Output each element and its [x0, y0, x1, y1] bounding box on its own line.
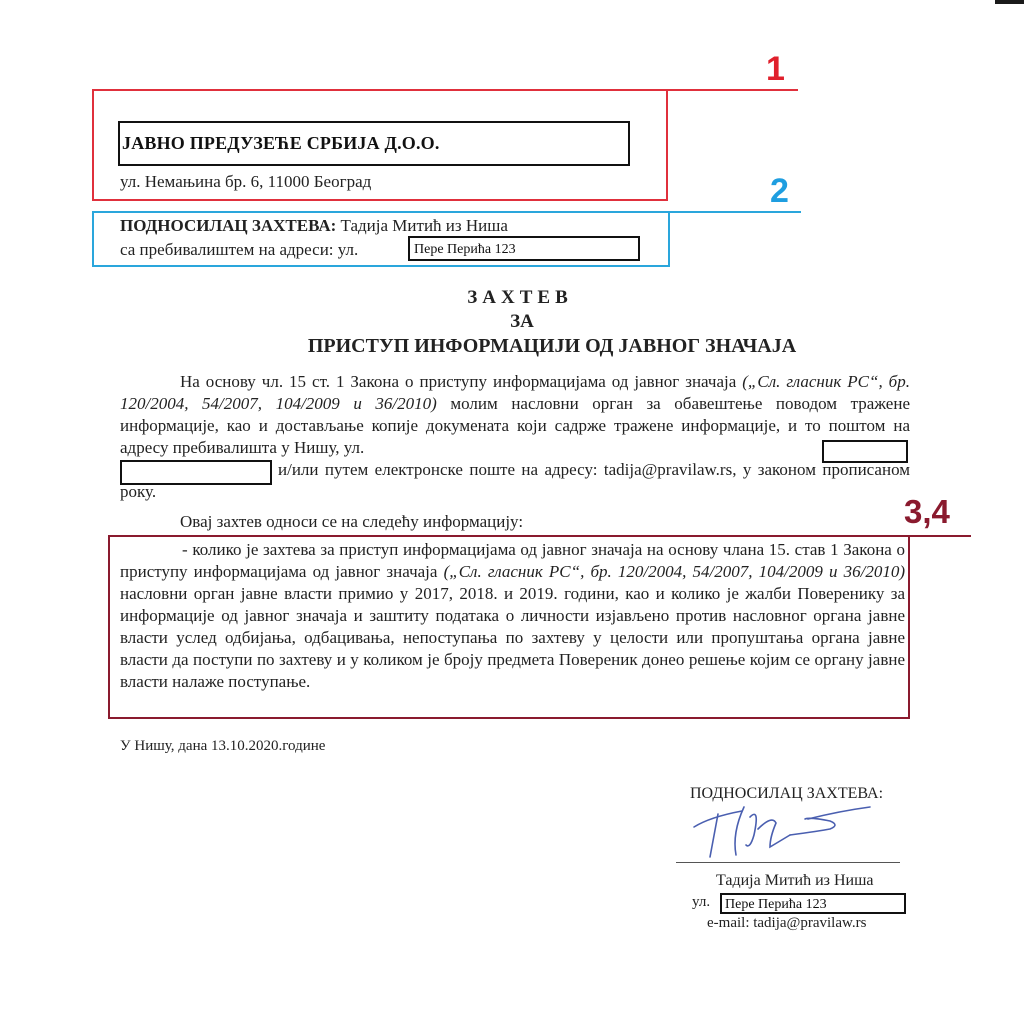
- scan-corner-mark: [995, 0, 1024, 4]
- blank-street-field-2: [120, 460, 272, 485]
- annotation-label-3-4: 3,4: [904, 493, 950, 531]
- annotation-label-1: 1: [766, 50, 785, 89]
- applicant-label: ПОДНОСИЛАЦ ЗАХТЕВА:: [120, 216, 336, 235]
- annotation-label-2: 2: [770, 172, 789, 211]
- body-paragraph-2: Овај захтев односи се на следећу информа…: [180, 511, 780, 533]
- signature-street-field: Пере Перића 123: [720, 893, 906, 914]
- residence-prefix: са пребивалиштем на адреси: ул.: [120, 240, 358, 260]
- applicant-street-field: Пере Перића 123: [408, 236, 640, 261]
- p3-text-b: насловни орган јавне власти примио у 201…: [120, 584, 905, 691]
- title-line-1: ЗАХТЕВ: [0, 287, 1024, 309]
- company-address: ул. Немањина бр. 6, 11000 Београд: [120, 172, 371, 192]
- title-line-3: ПРИСТУП ИНФОРМАЦИЈИ ОД ЈАВНОГ ЗНАЧАЈА: [0, 335, 1024, 358]
- applicant-name: Тадија Митић из Ниша: [336, 216, 508, 235]
- p1-text-a: На основу чл. 15 ст. 1 Закона о приступу…: [180, 372, 742, 391]
- signature-line: [676, 862, 900, 863]
- signature-street-prefix: ул.: [692, 894, 710, 911]
- date-line: У Нишу, дана 13.10.2020.године: [120, 738, 325, 755]
- annotation-line-1: [668, 89, 798, 91]
- applicant-line: ПОДНОСИЛАЦ ЗАХТЕВА: Тадија Митић из Ниша: [120, 216, 508, 236]
- signature-name: Тадија Митић из Ниша: [716, 872, 874, 890]
- p3-gazette-ref: („Сл. гласник РС“, бр. 120/2004, 54/2007…: [444, 562, 905, 581]
- title-line-2: ЗА: [0, 311, 1024, 333]
- company-name: ЈАВНО ПРЕДУЗЕЋЕ СРБИЈА Д.О.О.: [122, 133, 440, 154]
- signature-label: ПОДНОСИЛАЦ ЗАХТЕВА:: [690, 785, 883, 803]
- request-detail-paragraph: - колико је захтева за приступ информаци…: [120, 539, 905, 693]
- annotation-line-2: [670, 211, 801, 213]
- signature-email: e-mail: tadija@pravilaw.rs: [707, 915, 866, 932]
- blank-street-field-1: [822, 440, 908, 463]
- handwritten-signature-icon: [680, 805, 880, 865]
- annotation-line-3-4: [910, 535, 971, 537]
